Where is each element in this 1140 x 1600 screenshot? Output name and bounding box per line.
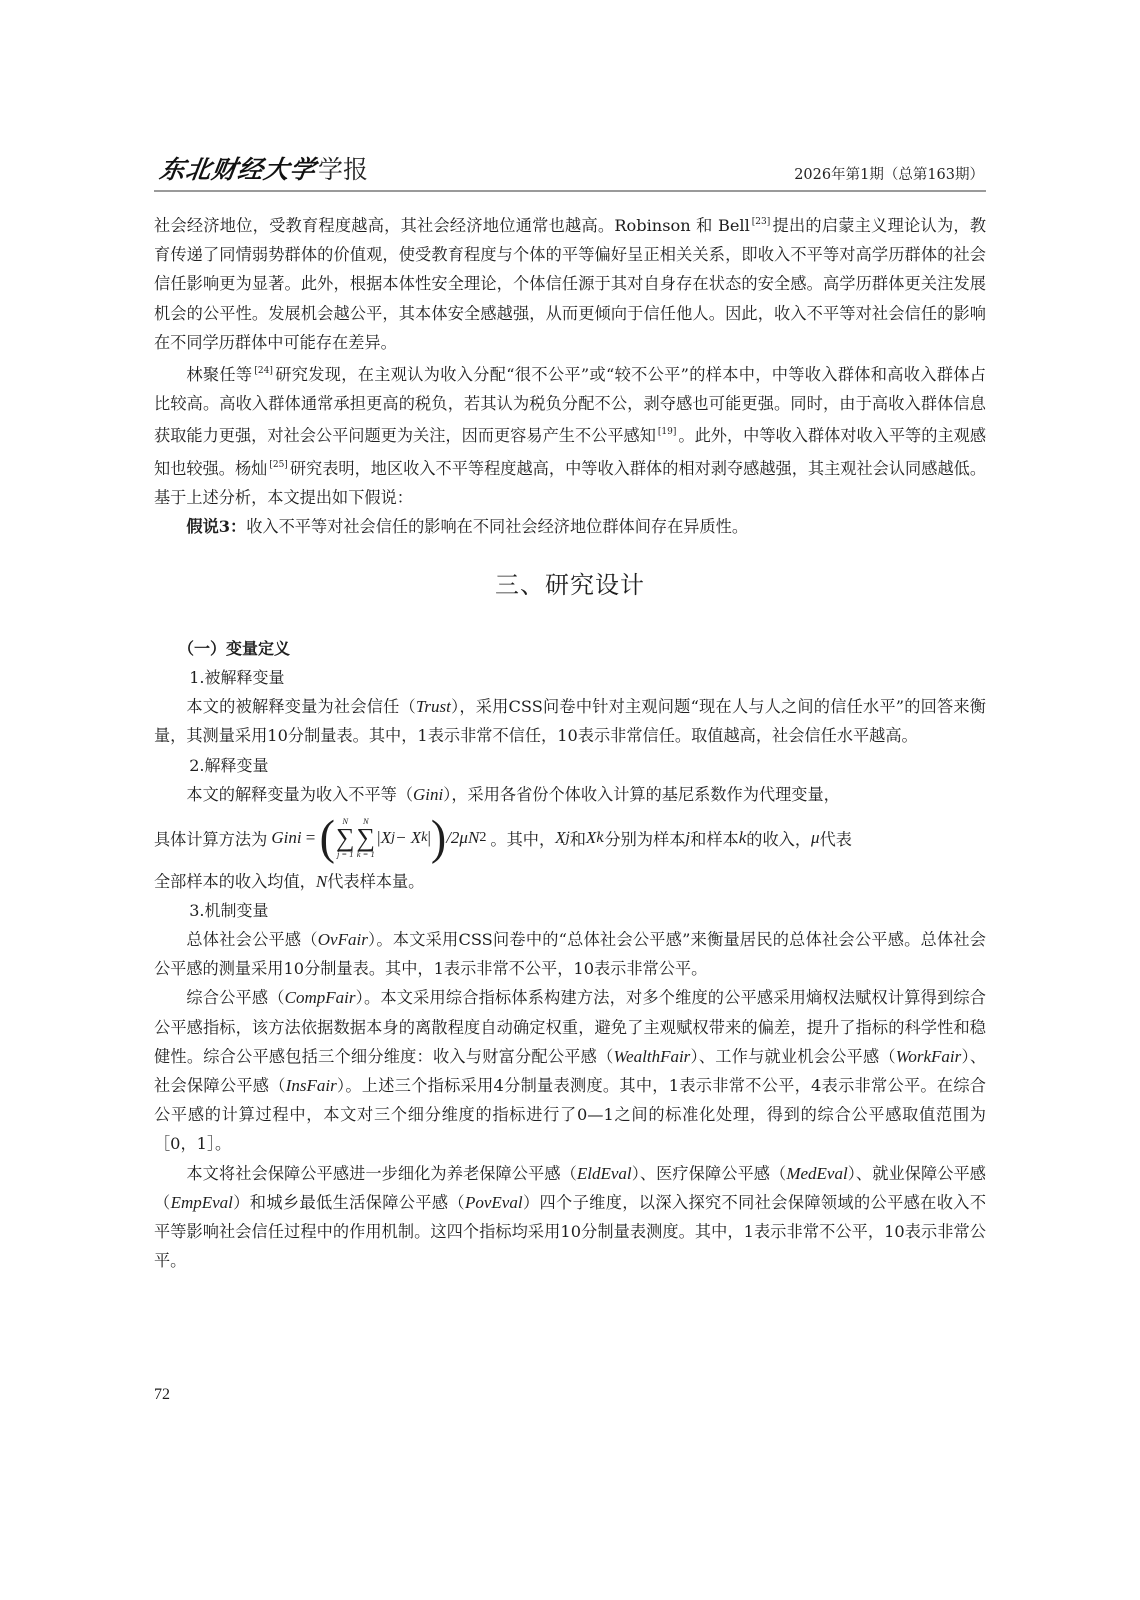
running-header: 东北财经大学 学报 2026年第1期（总第163期） xyxy=(154,150,986,192)
page-number: 72 xyxy=(154,1386,170,1404)
formula-line: 具体计算方法为 Gini = ( N∑j = 1 N∑k = 1 |Xj − X… xyxy=(154,809,986,867)
paragraph: 综合公平感（CompFair）。本文采用综合指标体系构建方法，对多个维度的公平感… xyxy=(154,983,986,1158)
paragraph: 本文的被解释变量为社会信任（Trust），采用CSS问卷中针对主观问题“现在人与… xyxy=(154,692,986,750)
journal-name-suffix: 学报 xyxy=(318,150,368,186)
issue-info: 2026年第1期（总第163期） xyxy=(794,163,984,186)
citation[interactable]: [23] xyxy=(752,217,770,227)
journal-logo: 东北财经大学 学报 xyxy=(160,150,368,186)
citation[interactable]: [24] xyxy=(254,366,272,376)
paragraph: 社会经济地位，受教育程度越高，其社会经济地位通常也越高。Robinson 和 B… xyxy=(154,208,986,357)
journal-page: 东北财经大学 学报 2026年第1期（总第163期） 社会经济地位，受教育程度越… xyxy=(154,150,986,1275)
citation[interactable]: [19] xyxy=(658,427,676,437)
item-heading: 2.解释变量 xyxy=(154,751,986,780)
hypothesis: 假说3：收入不平等对社会信任的影响在不同社会经济地位群体间存在异质性。 xyxy=(154,512,986,541)
section-title: 三、研究设计 xyxy=(154,565,986,600)
gini-formula: Gini = ( N∑j = 1 N∑k = 1 |Xj − Xk| ) /2μ… xyxy=(271,815,486,861)
journal-name-calligraphy: 东北财经大学 xyxy=(157,150,318,186)
hypothesis-label: 假说3： xyxy=(186,517,246,536)
item-heading: 3.机制变量 xyxy=(154,896,986,925)
article-body: 社会经济地位，受教育程度越高，其社会经济地位通常也越高。Robinson 和 B… xyxy=(154,208,986,1275)
paragraph: 林聚任等[24]研究发现，在主观认为收入分配“很不公平”或“较不公平”的样本中，… xyxy=(154,357,986,512)
paragraph: 本文将社会保障公平感进一步细化为养老保障公平感（EldEval）、医疗保障公平感… xyxy=(154,1159,986,1276)
paragraph: 总体社会公平感（OvFair）。本文采用CSS问卷中的“总体社会公平感”来衡量居… xyxy=(154,925,986,983)
subsection-title: （一）变量定义 xyxy=(146,634,986,663)
item-heading: 1.被解释变量 xyxy=(154,663,986,692)
paragraph: 本文的解释变量为收入不平等（Gini），采用各省份个体收入计算的基尼系数作为代理… xyxy=(154,780,986,809)
citation[interactable]: [25] xyxy=(269,460,287,470)
paragraph: 全部样本的收入均值，N代表样本量。 xyxy=(154,867,986,896)
